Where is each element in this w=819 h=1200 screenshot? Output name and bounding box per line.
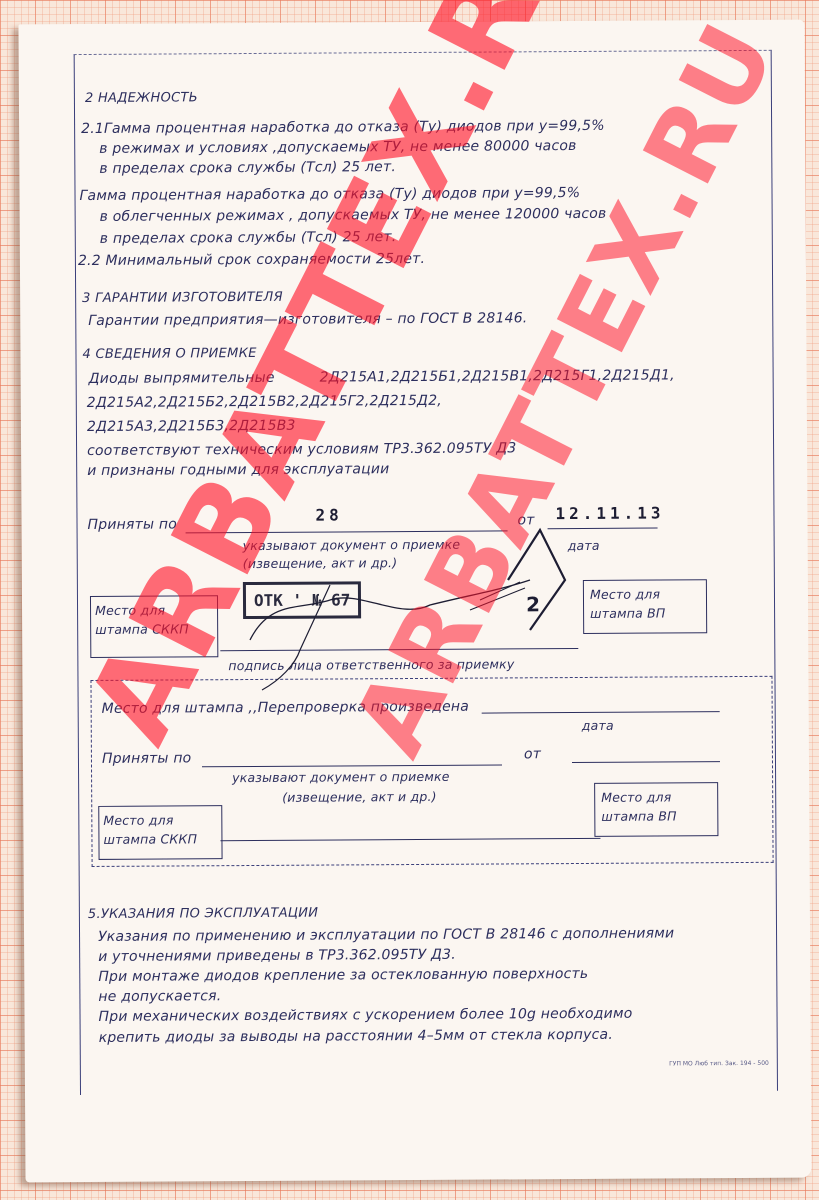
signature-drawing [0,0,819,1200]
quality-mark-chevron-icon [508,530,565,630]
signature-stroke [250,580,530,640]
